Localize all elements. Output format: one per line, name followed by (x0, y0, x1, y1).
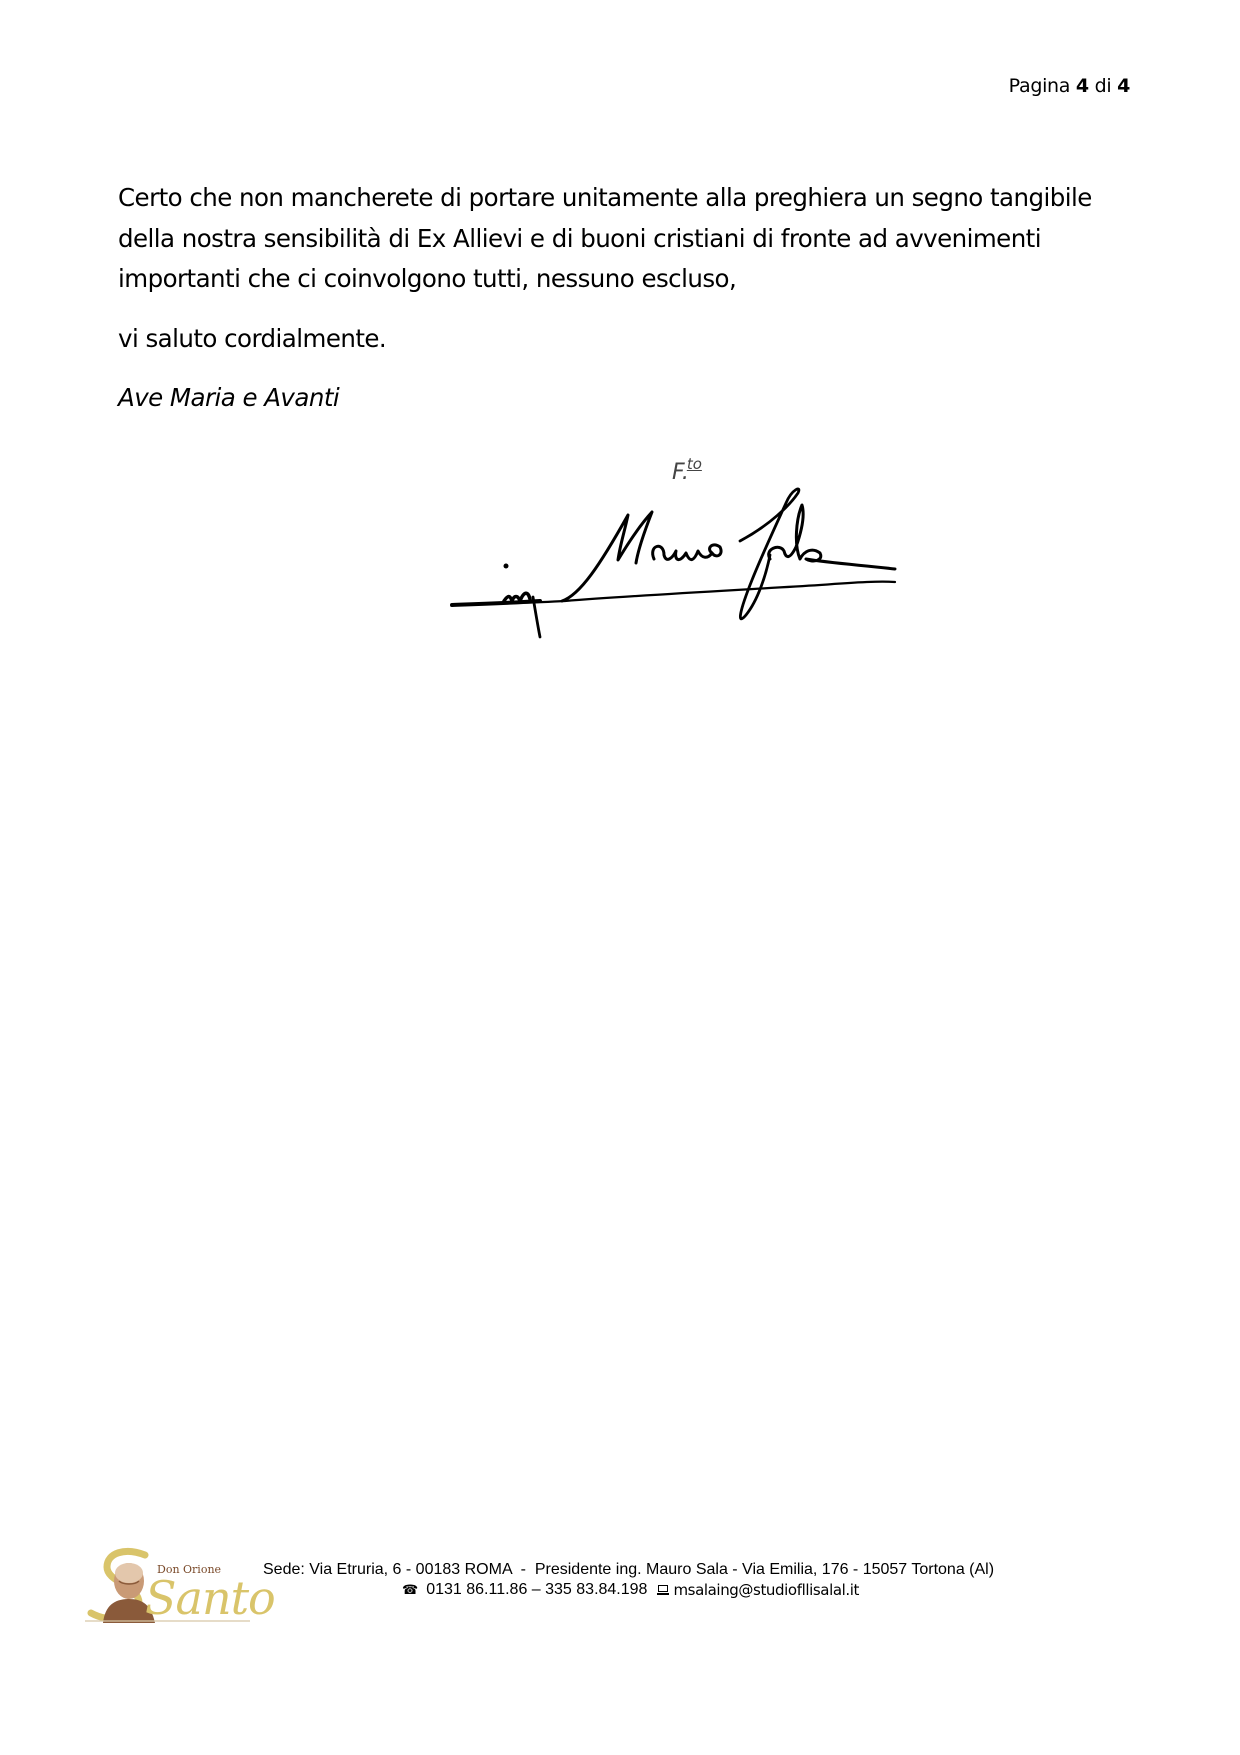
footer-phone: 0131 86.11.86 – 335 83.84.198 (426, 1581, 647, 1599)
telephone-icon: ☎ (402, 1582, 418, 1598)
signature-block: F.to (440, 455, 920, 645)
handwritten-signature (440, 455, 920, 645)
current-page: 4 (1076, 75, 1089, 97)
page-label: Pagina (1009, 75, 1070, 97)
footer-contacts: ☎ 0131 86.11.86 – 335 83.84.198 msalaing… (402, 1581, 859, 1599)
letter-closing: Ave Maria e Avanti (118, 378, 1138, 419)
letterhead-footer: Don Orione Santo Sede: Via Etruria, 6 - … (0, 1540, 1240, 1640)
of-label: di (1095, 75, 1112, 97)
page-number: Pagina 4 di 4 (1009, 75, 1130, 97)
don-orione-santo-logo: Don Orione Santo (85, 1547, 255, 1625)
total-pages: 4 (1117, 75, 1130, 97)
letter-paragraph: Certo che non mancherete di portare unit… (118, 178, 1138, 300)
logo-large-text: Santo (145, 1575, 275, 1621)
footer-address: Sede: Via Etruria, 6 - 00183 ROMA - Pres… (263, 1561, 994, 1579)
footer-email[interactable]: msalaing@studiofllisalal.it (673, 1581, 859, 1599)
letter-greeting: vi saluto cordialmente. (118, 319, 1138, 360)
computer-icon (657, 1585, 669, 1595)
letter-body: Certo che non mancherete di portare unit… (118, 178, 1138, 419)
